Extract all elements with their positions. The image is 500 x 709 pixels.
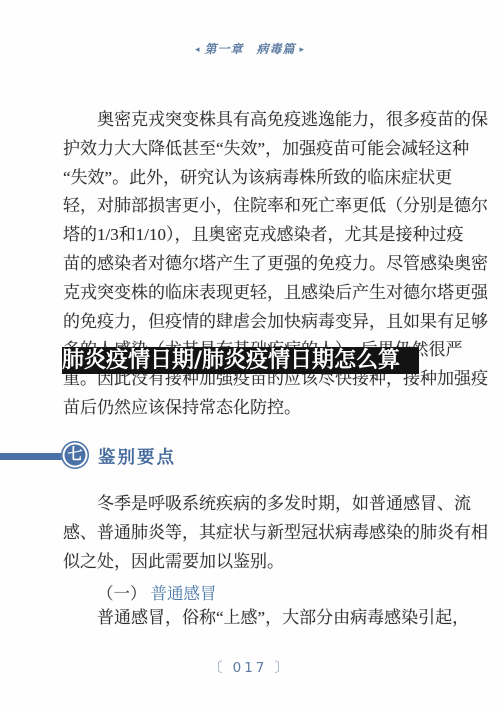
subheading-common-cold: （一）普通感冒 bbox=[97, 580, 217, 604]
section-number-badge: 七 bbox=[61, 441, 89, 469]
paragraph-line: 普通感冒，俗称“上感”，大部分由病毒感染引起， bbox=[63, 604, 471, 633]
paragraph-common-cold: 普通感冒，俗称“上感”，大部分由病毒感染引起， bbox=[63, 604, 471, 633]
paragraph-omicron: 奥密克戎突变株具有高免疫逃逸能力，很多疫苗的保 护效力大大降低甚至“失效”，加强… bbox=[63, 106, 471, 423]
paragraph-line: 的免疫力，但疫情的肆虐会加快病毒变异，且如果有足够 bbox=[63, 308, 471, 337]
paragraph-line: 轻，对肺部损害更小，住院率和死亡率更低（分别是德尔 bbox=[63, 192, 471, 221]
paragraph-line: 克戎突变株的临床表现更轻，且感染后产生对德尔塔更强 bbox=[63, 279, 471, 308]
paragraph-line: 苗后仍然应该保持常态化防控。 bbox=[63, 394, 471, 423]
paragraph-line: 冬季是呼吸系统疾病的多发时期，如普通感冒、流 bbox=[63, 490, 471, 519]
paragraph-line: 苗的感染者对德尔塔产生了更强的免疫力。尽管感染奥密 bbox=[63, 250, 471, 279]
section-title: 鉴别要点 bbox=[98, 444, 176, 469]
paragraph-line: “失效”。此外，研究认为该病毒株所致的临床症状更 bbox=[63, 164, 471, 193]
subheading-title: 普通感冒 bbox=[151, 584, 217, 603]
paragraph-line: 感、普通肺炎等，其症状与新型冠状病毒感染的肺炎有相 bbox=[63, 519, 471, 548]
section-rule-bar bbox=[0, 453, 66, 460]
running-head: ◂ 第一章 病毒篇 ▸ bbox=[0, 40, 500, 57]
book-page: ◂ 第一章 病毒篇 ▸ 奥密克戎突变株具有高免疫逃逸能力，很多疫苗的保 护效力大… bbox=[0, 0, 500, 709]
left-arrow-icon: ◂ bbox=[195, 44, 201, 54]
paragraph-line: 似之处，因此需要加以鉴别。 bbox=[63, 548, 471, 577]
subheading-number: （一） bbox=[97, 584, 147, 603]
paragraph-line: 护效力大大降低甚至“失效”，加强疫苗可能会减轻这种 bbox=[63, 135, 471, 164]
paragraph-line: 奥密克戎突变株具有高免疫逃逸能力，很多疫苗的保 bbox=[63, 106, 471, 135]
paragraph-differentiation: 冬季是呼吸系统疾病的多发时期，如普通感冒、流 感、普通肺炎等，其症状与新型冠状病… bbox=[63, 490, 471, 576]
chapter-title: 第一章 病毒篇 bbox=[204, 42, 295, 56]
watermark-overlay: 肺炎疫情日期/肺炎疫情日期怎么算 bbox=[62, 347, 419, 374]
paragraph-line: 塔的1/3和1/10），且奥密克戎感染者，尤其是接种过疫 bbox=[63, 221, 471, 250]
right-arrow-icon: ▸ bbox=[300, 44, 306, 54]
page-number: 〔 017 〕 bbox=[0, 656, 500, 676]
